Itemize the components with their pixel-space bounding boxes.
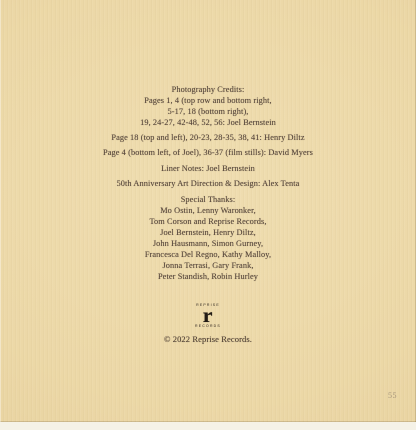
special-thanks-line: John Hausmann, Simon Gurney, [0,238,416,249]
special-thanks-line: Peter Standish, Robin Hurley [0,271,416,282]
reprise-records-logo: REPRISE r RECORDS [0,303,416,328]
reprise-r-icon: r [203,307,213,324]
special-thanks-line: Francesca Del Regno, Kathy Malloy, [0,249,416,260]
liner-notes-page: Photography Credits: Pages 1, 4 (top row… [0,0,416,422]
david-myers-credit-line: Page 4 (bottom left, of Joel), 36-37 (fi… [0,147,416,158]
special-thanks-line: Tom Corson and Reprise Records, [0,216,416,227]
special-thanks-line: Mo Ostin, Lenny Waronker, [0,205,416,216]
special-thanks-line: Joel Bernstein, Henry Diltz, [0,227,416,238]
scanned-booklet-frame: Photography Credits: Pages 1, 4 (top row… [0,0,416,430]
photography-credits-heading: Photography Credits: [0,84,416,95]
art-direction-credit-line: 50th Anniversary Art Direction & Design:… [0,178,416,189]
photography-credits-line: 5-17, 18 (bottom right), [0,106,416,117]
credits-block: Photography Credits: Pages 1, 4 (top row… [0,84,416,345]
henry-diltz-credit-line: Page 18 (top and left), 20-23, 28-35, 38… [0,132,416,143]
copyright-line: © 2022 Reprise Records. [0,333,416,345]
page-number: 55 [388,391,397,400]
special-thanks-line: Jonna Terrasi, Gary Frank, [0,260,416,271]
photography-credits-line: Pages 1, 4 (top row and bottom right, [0,95,416,106]
liner-notes-credit-line: Liner Notes: Joel Bernstein [0,163,416,174]
photography-credits-line: 19, 24-27, 42-48, 52, 56: Joel Bernstein [0,117,416,128]
scan-bottom-margin [0,422,416,430]
special-thanks-heading: Special Thanks: [0,194,416,205]
